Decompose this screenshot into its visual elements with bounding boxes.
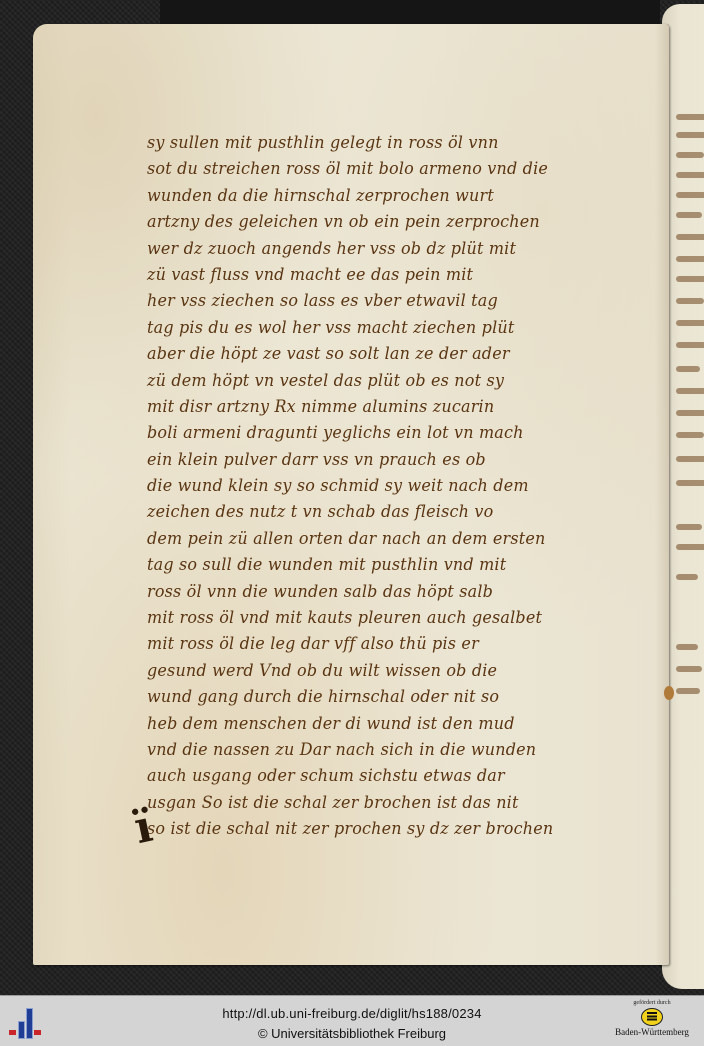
manuscript-line: gesund werd Vnd ob du wilt wissen ob die [147,658,589,684]
page-gutter-shadow [655,24,669,965]
manuscript-line: heb dem menschen der di wund ist den mud [147,711,589,737]
manuscript-line: auch usgang oder schum sichstu etwas dar [147,763,589,789]
state-seal-icon [641,1008,663,1026]
manuscript-line: ein klein pulver darr vss vn prauch es o… [147,447,589,473]
sponsor-caption: gefördert durch [606,999,698,1007]
manuscript-line: tag so sull die wunden mit pusthlin vnd … [147,552,589,578]
scan-top-shadow [160,0,660,26]
baden-wuerttemberg-sponsor-logo: gefördert durch Baden-Württemberg [606,999,698,1045]
manuscript-line: sot du streichen ross öl mit bolo armeno… [147,156,589,182]
manuscript-line: her vss ziechen so lass es vber etwavil … [147,288,589,314]
page-stain [664,686,674,700]
manuscript-line: wund gang durch die hirnschal oder nit s… [147,684,589,710]
manuscript-page: sy sullen mit pusthlin gelegt in ross öl… [33,24,669,965]
permalink-url[interactable]: http://dl.ub.uni-freiburg.de/diglit/hs18… [0,1006,704,1021]
manuscript-line: so ist die schal nit zer prochen sy dz z… [147,816,589,842]
manuscript-line: mit disr artzny Rx nimme alumins zucarin [147,394,589,420]
manuscript-line: zeichen des nutz t vn schab das fleisch … [147,499,589,525]
manuscript-line: mit ross öl vnd mit kauts pleuren auch g… [147,605,589,631]
manuscript-line: dem pein zü allen orten dar nach an dem … [147,526,589,552]
copyright-notice: © Universitätsbibliothek Freiburg [0,1026,704,1041]
manuscript-line: sy sullen mit pusthlin gelegt in ross öl… [147,130,589,156]
manuscript-text-block: sy sullen mit pusthlin gelegt in ross öl… [147,130,617,843]
manuscript-line: wunden da die hirnschal zerprochen wurt [147,183,589,209]
manuscript-line: usgan So ist die schal zer brochen ist d… [147,790,589,816]
footer-bar: http://dl.ub.uni-freiburg.de/diglit/hs18… [0,995,704,1046]
manuscript-line: ross öl vnn die wunden salb das höpt sal… [147,579,589,605]
manuscript-line: mit ross öl die leg dar vff also thü pis… [147,631,589,657]
manuscript-line: wer dz zuoch angends her vss ob dz plüt … [147,236,589,262]
manuscript-line: aber die höpt ze vast so solt lan ze der… [147,341,589,367]
manuscript-line: zü dem höpt vn vestel das plüt ob es not… [147,368,589,394]
manuscript-line: tag pis du es wol her vss macht ziechen … [147,315,589,341]
manuscript-line: zü vast fluss vnd macht ee das pein mit [147,262,589,288]
sponsor-name: Baden-Württemberg [606,1027,698,1038]
manuscript-line: vnd die nassen zu Dar nach sich in die w… [147,737,589,763]
manuscript-scan: sy sullen mit pusthlin gelegt in ross öl… [0,0,704,995]
manuscript-line: die wund klein sy so schmid sy weit nach… [147,473,589,499]
manuscript-line: artzny des geleichen vn ob ein pein zerp… [147,209,589,235]
manuscript-line: boli armeni dragunti yeglichs ein lot vn… [147,420,589,446]
